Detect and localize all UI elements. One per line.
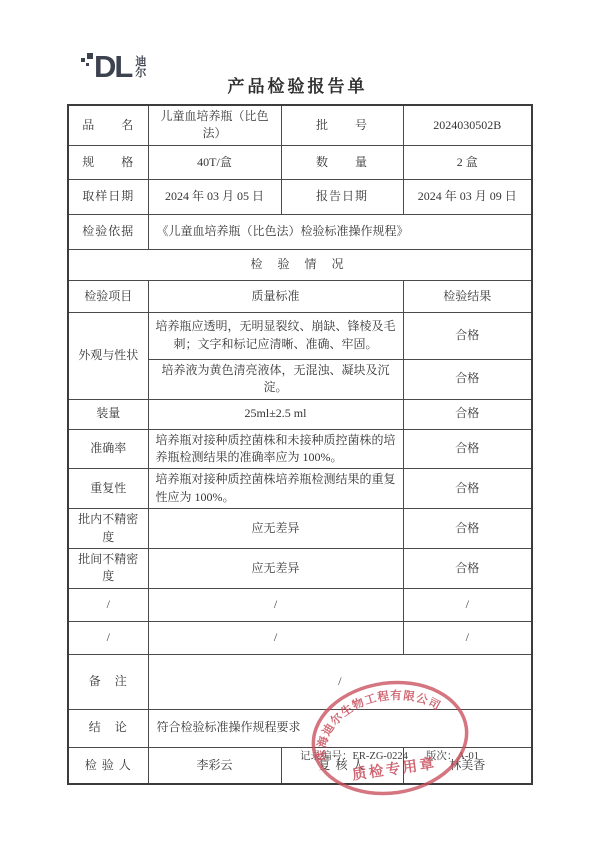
accuracy-standard: 培养瓶对接种质控菌株和未接种质控菌株的培养瓶检测结果的准确率应为 100%。 xyxy=(148,429,403,469)
report-date-value: 2024 年 03 月 09 日 xyxy=(403,179,532,214)
inter-batch-standard: 应无差异 xyxy=(148,548,403,588)
accuracy-item: 准确率 xyxy=(68,429,148,469)
empty-standard-2: / xyxy=(148,621,403,654)
table-row: 备 注 / xyxy=(68,654,532,709)
intra-batch-result: 合格 xyxy=(403,509,532,549)
col-header-standard: 质量标准 xyxy=(148,280,403,312)
remark-label: 备 注 xyxy=(68,654,148,709)
page-title: 产品检验报告单 xyxy=(0,72,595,97)
section-header: 检 验 情 况 xyxy=(68,249,532,280)
table-row: 重复性 培养瓶对接种质控菌株培养瓶检测结果的重复性应为 100%。 合格 xyxy=(68,469,532,509)
intra-batch-standard: 应无差异 xyxy=(148,509,403,549)
fill-volume-item: 装量 xyxy=(68,399,148,429)
table-row: 批间不精密度 应无差异 合格 xyxy=(68,548,532,588)
intra-batch-item: 批内不精密度 xyxy=(68,509,148,549)
empty-result-1: / xyxy=(403,588,532,621)
quantity-label: 数 量 xyxy=(281,145,403,179)
remark-value: / xyxy=(148,654,532,709)
repeatability-result: 合格 xyxy=(403,469,532,509)
fill-volume-result: 合格 xyxy=(403,399,532,429)
basis-value: 《儿童血培养瓶（比色法）检验标准操作规程》 xyxy=(148,214,532,249)
quantity-value: 2 盒 xyxy=(403,145,532,179)
table-row: 结 论 符合检验标准操作规程要求 xyxy=(68,709,532,747)
empty-standard-1: / xyxy=(148,588,403,621)
report-date-label: 报告日期 xyxy=(281,179,403,214)
record-number: 记录编号：ER-ZG-0224 xyxy=(300,751,408,762)
report-page: DL 迪 尔 产品检验报告单 品 名 儿童血培养瓶（比色法） 批 号 20240… xyxy=(0,0,595,842)
spec-value: 40T/盒 xyxy=(148,145,281,179)
product-name-label: 品 名 xyxy=(68,105,148,145)
table-row: 取样日期 2024 年 03 月 05 日 报告日期 2024 年 03 月 0… xyxy=(68,179,532,214)
spec-label: 规 格 xyxy=(68,145,148,179)
sampling-date-label: 取样日期 xyxy=(68,179,148,214)
table-row: 规 格 40T/盒 数 量 2 盒 xyxy=(68,145,532,179)
col-header-result: 检验结果 xyxy=(403,280,532,312)
inspector-name: 李彩云 xyxy=(148,747,281,784)
appearance-result-1: 合格 xyxy=(403,312,532,359)
repeatability-standard: 培养瓶对接种质控菌株培养瓶检测结果的重复性应为 100%。 xyxy=(148,469,403,509)
fill-volume-standard: 25ml±2.5 ml xyxy=(148,399,403,429)
batch-no-label: 批 号 xyxy=(281,105,403,145)
inspector-label: 检 验 人 xyxy=(68,747,148,784)
table-row: 品 名 儿童血培养瓶（比色法） 批 号 2024030502B xyxy=(68,105,532,145)
table-row: 外观与性状 培养瓶应透明，无明显裂纹、崩缺、锋棱及毛刺；文字和标记应清晰、准确、… xyxy=(68,312,532,359)
conclusion-value: 符合检验标准操作规程要求 xyxy=(148,709,532,747)
col-header-item: 检验项目 xyxy=(68,280,148,312)
batch-no-value: 2024030502B xyxy=(403,105,532,145)
table-row: 准确率 培养瓶对接种质控菌株和未接种质控菌株的培养瓶检测结果的准确率应为 100… xyxy=(68,429,532,469)
table-row: 检验依据 《儿童血培养瓶（比色法）检验标准操作规程》 xyxy=(68,214,532,249)
footer-record-line: 记录编号：ER-ZG-0224版次：A-01 xyxy=(300,748,497,763)
empty-item-1: / xyxy=(68,588,148,621)
table-row: / / / xyxy=(68,588,532,621)
inter-batch-item: 批间不精密度 xyxy=(68,548,148,588)
appearance-item: 外观与性状 xyxy=(68,312,148,399)
repeatability-item: 重复性 xyxy=(68,469,148,509)
version-number: 版次：A-01 xyxy=(426,751,479,762)
report-table: 品 名 儿童血培养瓶（比色法） 批 号 2024030502B 规 格 40T/… xyxy=(67,104,533,785)
accuracy-result: 合格 xyxy=(403,429,532,469)
table-row: 批内不精密度 应无差异 合格 xyxy=(68,509,532,549)
appearance-standard-2: 培养液为黄色清亮液体，无混浊、凝块及沉淀。 xyxy=(148,359,403,399)
appearance-standard-1: 培养瓶应透明，无明显裂纹、崩缺、锋棱及毛刺；文字和标记应清晰、准确、牢固。 xyxy=(148,312,403,359)
basis-label: 检验依据 xyxy=(68,214,148,249)
conclusion-label: 结 论 xyxy=(68,709,148,747)
table-row: 装量 25ml±2.5 ml 合格 xyxy=(68,399,532,429)
appearance-result-2: 合格 xyxy=(403,359,532,399)
table-row: / / / xyxy=(68,621,532,654)
product-name-value: 儿童血培养瓶（比色法） xyxy=(148,105,281,145)
empty-item-2: / xyxy=(68,621,148,654)
inter-batch-result: 合格 xyxy=(403,548,532,588)
sampling-date-value: 2024 年 03 月 05 日 xyxy=(148,179,281,214)
table-row: 检 验 情 况 xyxy=(68,249,532,280)
empty-result-2: / xyxy=(403,621,532,654)
table-row: 检验项目 质量标准 检验结果 xyxy=(68,280,532,312)
